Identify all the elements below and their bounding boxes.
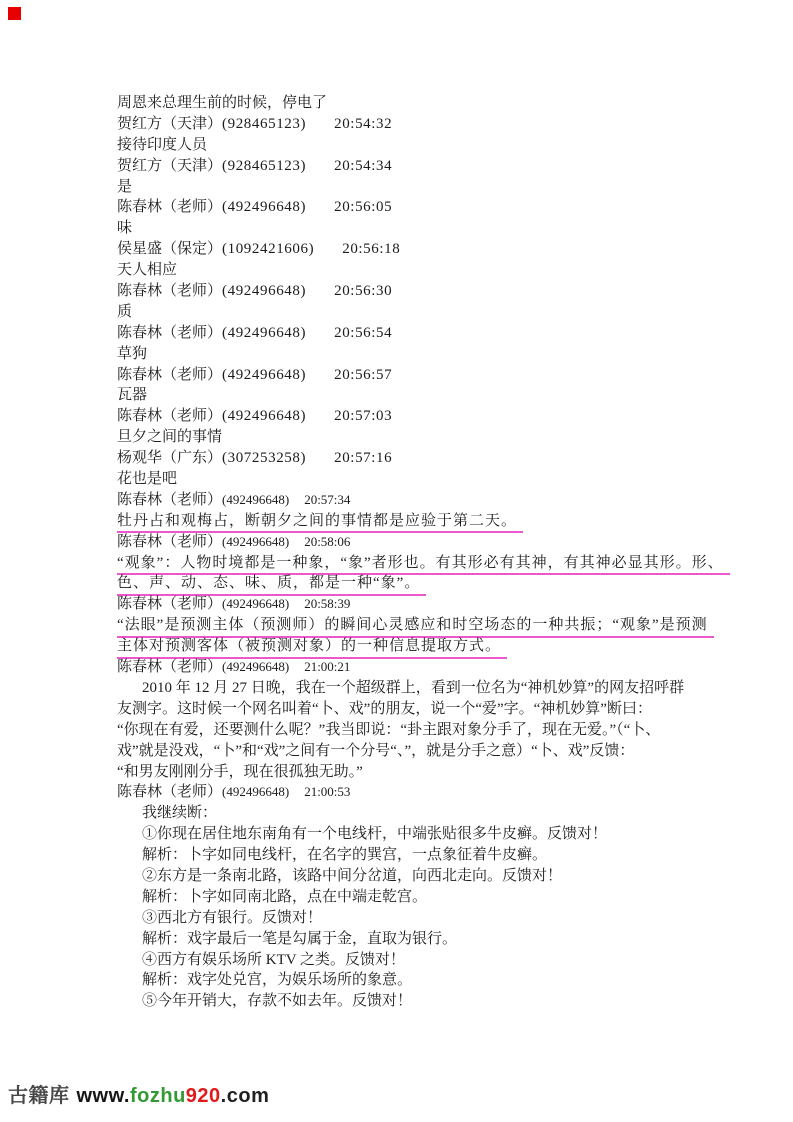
- sender-name: 侯星盛（保定）: [117, 241, 222, 257]
- chat-header-line: 陈春林（老师）(492496648)21:00:53: [117, 782, 793, 803]
- qq-number: (492496648): [222, 199, 306, 215]
- qq-number: (492496648): [222, 534, 289, 549]
- qq-number: (492496648): [222, 408, 306, 424]
- underlined-text-line: 牡丹占和观梅占，断朝夕之间的事情都是应验于第二天。: [117, 511, 793, 532]
- text-line: 瓦器: [117, 385, 793, 406]
- timestamp: 21:00:21: [304, 657, 350, 678]
- timestamp: 20:56:57: [334, 365, 392, 386]
- chat-header-line: 陈春林（老师）(492496648)20:58:06: [117, 532, 793, 553]
- qq-number: (492496648): [222, 492, 289, 507]
- watermark-url-920: 920: [186, 1085, 221, 1107]
- underlined-text: 色、声、动、态、味、质，都是一种“象”。: [117, 575, 426, 596]
- watermark-url-com: .com: [221, 1085, 270, 1107]
- text-line: “和男友刚刚分手，现在很孤独无助。”: [117, 762, 793, 783]
- document-page: 周恩来总理生前的时候，停电了贺红方（天津）(928465123)20:54:32…: [0, 0, 793, 1122]
- underlined-text: “观象”：人物时境都是一种象，“象”者形也。有其形必有其神，有其神必显其形。形、: [117, 555, 730, 576]
- qq-number: (492496648): [222, 367, 306, 383]
- timestamp: 20:54:34: [334, 156, 392, 177]
- text-line: 解析：卜字如同南北路，点在中端走乾宫。: [117, 887, 793, 908]
- chat-header-line: 陈春林（老师）(492496648)20:56:30: [117, 281, 793, 302]
- text-line: ④西方有娱乐场所 KTV 之类。反馈对！: [117, 950, 793, 971]
- underlined-text-line: “法眼”是预测主体（预测师）的瞬间心灵感应和时空场态的一种共振；“观象”是预测: [117, 615, 793, 636]
- watermark-library-name: 古籍库: [8, 1085, 70, 1107]
- qq-number: (492496648): [222, 325, 306, 341]
- underlined-text: 牡丹占和观梅占，断朝夕之间的事情都是应验于第二天。: [117, 513, 523, 534]
- qq-number: (1092421606): [222, 241, 314, 257]
- chat-header-line: 陈春林（老师）(492496648)20:56:57: [117, 365, 793, 386]
- text-line: 解析：戏字最后一笔是勾属于金，直取为银行。: [117, 929, 793, 950]
- timestamp: 20:58:06: [304, 532, 350, 553]
- qq-number: (492496648): [222, 596, 289, 611]
- chat-header-line: 陈春林（老师）(492496648)20:58:39: [117, 594, 793, 615]
- text-line: ②东方是一条南北路，该路中间分岔道，向西北走向。反馈对！: [117, 866, 793, 887]
- sender-name: 陈春林（老师）: [117, 408, 222, 424]
- timestamp: 21:00:53: [304, 782, 350, 803]
- text-line: 天人相应: [117, 260, 793, 281]
- sender-name: 陈春林（老师）: [117, 492, 222, 508]
- sender-name: 陈春林（老师）: [117, 659, 222, 675]
- text-line: “你现在有爱，还要测什么呢？”我当即说：“卦主跟对象分手了，现在无爱。”（“卜、: [117, 720, 793, 741]
- text-line: 草狗: [117, 344, 793, 365]
- text-line: 2010 年 12 月 27 日晚，我在一个超级群上，看到一位名为“神机妙算”的…: [117, 678, 793, 699]
- qq-number: (492496648): [222, 283, 306, 299]
- chat-transcript: 周恩来总理生前的时候，停电了贺红方（天津）(928465123)20:54:32…: [117, 93, 793, 1012]
- text-line: 友测字。这时候一个网名叫着“卜、戏”的朋友，说一个“爱”字。“神机妙算”断曰：: [117, 699, 793, 720]
- underlined-text-line: 主体对预测客体（被预测对象）的一种信息提取方式。: [117, 636, 793, 657]
- timestamp: 20:54:32: [334, 114, 392, 135]
- qq-number: (492496648): [222, 784, 289, 799]
- text-line: ⑤今年开销大，存款不如去年。反馈对！: [117, 991, 793, 1012]
- sender-name: 陈春林（老师）: [117, 784, 222, 800]
- text-line: 是: [117, 177, 793, 198]
- text-line: 味: [117, 218, 793, 239]
- timestamp: 20:56:05: [334, 197, 392, 218]
- watermark: 古籍库www.fozhu920.com: [8, 1085, 269, 1107]
- watermark-url-fozhu: fozhu: [130, 1085, 186, 1107]
- underlined-text: 主体对预测客体（被预测对象）的一种信息提取方式。: [117, 638, 507, 659]
- qq-number: (307253258): [222, 450, 306, 466]
- text-line: 解析：戏字处兑宫，为娱乐场所的象意。: [117, 970, 793, 991]
- timestamp: 20:56:54: [334, 323, 392, 344]
- qq-number: (928465123): [222, 158, 306, 174]
- underlined-text-line: “观象”：人物时境都是一种象，“象”者形也。有其形必有其神，有其神必显其形。形、: [117, 553, 793, 574]
- sender-name: 贺红方（天津）: [117, 158, 222, 174]
- chat-header-line: 陈春林（老师）(492496648)20:57:34: [117, 490, 793, 511]
- text-line: ①你现在居住地东南角有一个电线杆，中端张贴很多牛皮癣。反馈对！: [117, 824, 793, 845]
- text-line: 旦夕之间的事情: [117, 427, 793, 448]
- timestamp: 20:56:30: [334, 281, 392, 302]
- timestamp: 20:58:39: [304, 594, 350, 615]
- sender-name: 陈春林（老师）: [117, 534, 222, 550]
- watermark-url-www: www.: [77, 1085, 130, 1107]
- chat-header-line: 陈春林（老师）(492496648)20:57:03: [117, 406, 793, 427]
- text-line: 解析：卜字如同电线杆，在名字的巽宫，一点象征着牛皮癣。: [117, 845, 793, 866]
- text-line: 接待印度人员: [117, 135, 793, 156]
- timestamp: 20:57:16: [334, 448, 392, 469]
- sender-name: 陈春林（老师）: [117, 283, 222, 299]
- sender-name: 贺红方（天津）: [117, 116, 222, 132]
- chat-header-line: 贺红方（天津）(928465123)20:54:34: [117, 156, 793, 177]
- text-line: 花也是吧: [117, 469, 793, 490]
- sender-name: 陈春林（老师）: [117, 199, 222, 215]
- chat-header-line: 陈春林（老师）(492496648)20:56:05: [117, 197, 793, 218]
- chat-header-line: 陈春林（老师）(492496648)21:00:21: [117, 657, 793, 678]
- chat-header-line: 贺红方（天津）(928465123)20:54:32: [117, 114, 793, 135]
- sender-name: 陈春林（老师）: [117, 596, 222, 612]
- timestamp: 20:57:03: [334, 406, 392, 427]
- chat-header-line: 侯星盛（保定）(1092421606)20:56:18: [117, 239, 793, 260]
- red-annotation-square: [8, 7, 21, 20]
- text-line: ③西北方有银行。反馈对！: [117, 908, 793, 929]
- timestamp: 20:56:18: [342, 239, 400, 260]
- sender-name: 陈春林（老师）: [117, 367, 222, 383]
- qq-number: (928465123): [222, 116, 306, 132]
- underlined-text: “法眼”是预测主体（预测师）的瞬间心灵感应和时空场态的一种共振；“观象”是预测: [117, 617, 714, 638]
- text-line: 周恩来总理生前的时候，停电了: [117, 93, 793, 114]
- text-line: 质: [117, 302, 793, 323]
- underlined-text-line: 色、声、动、态、味、质，都是一种“象”。: [117, 573, 793, 594]
- text-line: 戏”就是没戏，“卜”和“戏”之间有一个分号“、”，就是分手之意）“卜、戏”反馈：: [117, 741, 793, 762]
- chat-header-line: 陈春林（老师）(492496648)20:56:54: [117, 323, 793, 344]
- chat-header-line: 杨观华（广东）(307253258)20:57:16: [117, 448, 793, 469]
- timestamp: 20:57:34: [304, 490, 350, 511]
- sender-name: 杨观华（广东）: [117, 450, 222, 466]
- qq-number: (492496648): [222, 659, 289, 674]
- text-line: 我继续断：: [117, 803, 793, 824]
- sender-name: 陈春林（老师）: [117, 325, 222, 341]
